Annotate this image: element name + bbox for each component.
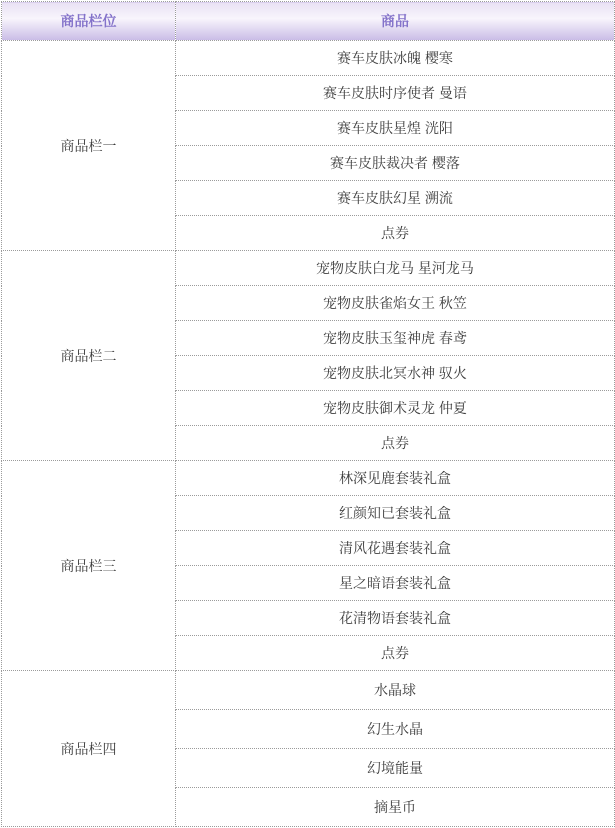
item-cell: 宠物皮肤玉玺神虎 春鸢 [176, 321, 615, 356]
table-header: 商品栏位 商品 [2, 2, 615, 41]
item-cell: 赛车皮肤裁决者 樱落 [176, 146, 615, 181]
item-cell: 幻生水晶 [176, 710, 615, 749]
item-cell: 花清物语套装礼盒 [176, 601, 615, 636]
slot-cell-1: 商品栏一 [2, 41, 176, 251]
item-cell: 宠物皮肤雀焰女王 秋笠 [176, 286, 615, 321]
table-row: 商品栏一赛车皮肤冰魄 樱寒 [2, 41, 615, 76]
slot-cell-4: 商品栏四 [2, 671, 176, 827]
table-body: 商品栏一赛车皮肤冰魄 樱寒赛车皮肤时序使者 曼语赛车皮肤星煌 洸阳赛车皮肤裁决者… [2, 41, 615, 827]
page: 商品栏位 商品 商品栏一赛车皮肤冰魄 樱寒赛车皮肤时序使者 曼语赛车皮肤星煌 洸… [0, 1, 615, 828]
slot-cell-3: 商品栏三 [2, 461, 176, 671]
item-cell: 宠物皮肤北冥水神 驭火 [176, 356, 615, 391]
item-cell: 赛车皮肤冰魄 樱寒 [176, 41, 615, 76]
item-cell: 清风花遇套装礼盒 [176, 531, 615, 566]
item-cell: 宠物皮肤御术灵龙 仲夏 [176, 391, 615, 426]
header-row: 商品栏位 商品 [2, 2, 615, 41]
slot-cell-2: 商品栏二 [2, 251, 176, 461]
header-slot-column: 商品栏位 [2, 2, 176, 41]
item-cell: 摘星币 [176, 788, 615, 827]
table-row: 商品栏四水晶球 [2, 671, 615, 710]
item-cell: 林深见鹿套装礼盒 [176, 461, 615, 496]
item-cell: 红颜知已套装礼盒 [176, 496, 615, 531]
item-cell: 赛车皮肤星煌 洸阳 [176, 111, 615, 146]
item-cell: 水晶球 [176, 671, 615, 710]
item-cell: 宠物皮肤白龙马 星河龙马 [176, 251, 615, 286]
goods-table: 商品栏位 商品 商品栏一赛车皮肤冰魄 樱寒赛车皮肤时序使者 曼语赛车皮肤星煌 洸… [1, 1, 615, 827]
item-cell: 点券 [176, 426, 615, 461]
item-cell: 点券 [176, 636, 615, 671]
item-cell: 星之暗语套装礼盒 [176, 566, 615, 601]
table-row: 商品栏三林深见鹿套装礼盒 [2, 461, 615, 496]
item-cell: 点券 [176, 216, 615, 251]
item-cell: 赛车皮肤时序使者 曼语 [176, 76, 615, 111]
table-row: 商品栏二宠物皮肤白龙马 星河龙马 [2, 251, 615, 286]
item-cell: 幻境能量 [176, 749, 615, 788]
item-cell: 赛车皮肤幻星 溯流 [176, 181, 615, 216]
header-item-column: 商品 [176, 2, 615, 41]
